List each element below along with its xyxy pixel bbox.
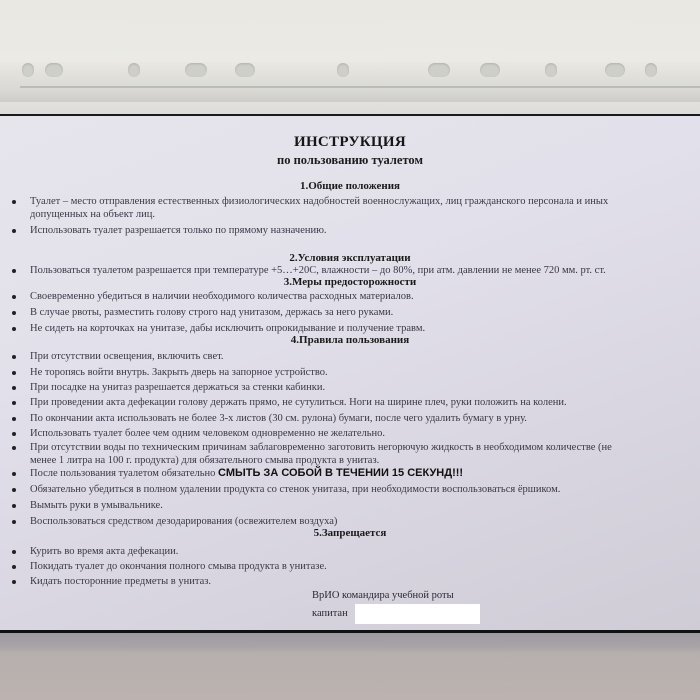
document-title: ИНСТРУКЦИЯ bbox=[0, 134, 700, 151]
item-text: При отсутствии воды по техническим причи… bbox=[30, 441, 612, 454]
punch-hole bbox=[235, 63, 255, 77]
bullet-icon bbox=[12, 386, 16, 390]
punch-hole bbox=[605, 63, 625, 77]
item-text: Использовать туалет более чем одним чело… bbox=[30, 427, 385, 440]
bullet-icon bbox=[12, 401, 16, 405]
section-heading: 4.Правила пользования bbox=[0, 334, 700, 346]
bullet-icon bbox=[12, 295, 16, 299]
bullet-icon bbox=[12, 472, 16, 476]
punch-hole bbox=[45, 63, 63, 77]
bullet-icon bbox=[12, 200, 16, 204]
signature-position: ВрИО командира учебной роты bbox=[312, 590, 454, 601]
bullet-icon bbox=[12, 417, 16, 421]
item-text: Кидать посторонние предметы в унитаз. bbox=[30, 575, 211, 588]
item-text: При проведении акта дефекации голову дер… bbox=[30, 396, 567, 409]
bullet-icon bbox=[12, 229, 16, 233]
item-text: По окончании акта использовать не более … bbox=[30, 412, 527, 425]
item-text: допущенных на объект лиц. bbox=[30, 208, 155, 221]
bullet-icon bbox=[12, 327, 16, 331]
item-text: При отсутствии освещения, включить свет. bbox=[30, 350, 224, 363]
item-text: Покидать туалет до окончания полного смы… bbox=[30, 560, 327, 573]
item-text: Использовать туалет разрешается только п… bbox=[30, 224, 327, 237]
bullet-icon bbox=[12, 580, 16, 584]
item-text: При посадке на унитаз разрешается держат… bbox=[30, 381, 325, 394]
section-heading: 5.Запрещается bbox=[0, 527, 700, 539]
item-text: Вымыть руки в умывальнике. bbox=[30, 499, 163, 512]
bullet-icon bbox=[12, 488, 16, 492]
item-text: Не торопясь войти внутрь. Закрыть дверь … bbox=[30, 366, 328, 379]
bullet-icon bbox=[12, 446, 16, 450]
bullet-icon bbox=[12, 432, 16, 436]
item-text: Обязательно убедиться в полном удалении … bbox=[30, 483, 560, 496]
punch-hole bbox=[428, 63, 450, 77]
bullet-icon bbox=[12, 371, 16, 375]
bullet-icon bbox=[12, 550, 16, 554]
document-subtitle: по пользованию туалетом bbox=[0, 153, 700, 168]
punch-hole bbox=[337, 63, 349, 77]
document-content: ИНСТРУКЦИЯ по пользованию туалетом 1.Общ… bbox=[0, 116, 700, 630]
punch-hole bbox=[545, 63, 557, 77]
bullet-icon bbox=[12, 311, 16, 315]
item-text: В случае рвоты, разместить голову строго… bbox=[30, 306, 393, 319]
bullet-icon bbox=[12, 565, 16, 569]
bullet-icon bbox=[12, 355, 16, 359]
item-text: Туалет – место отправления естественных … bbox=[30, 195, 608, 208]
emphasis-text: СМЫТЬ ЗА СОБОЙ В ТЕЧЕНИИ 15 СЕКУНД!!! bbox=[218, 467, 463, 479]
punch-hole bbox=[185, 63, 207, 77]
signature-rank: капитан bbox=[312, 608, 348, 619]
item-text: менее 1 литра на 100 г. продукта) для об… bbox=[30, 454, 379, 467]
bullet-icon bbox=[12, 504, 16, 508]
sleeve-perforation-strip bbox=[0, 62, 700, 102]
section-heading: 3.Меры предосторожности bbox=[0, 276, 700, 288]
punch-hole bbox=[645, 63, 657, 77]
item-text: Курить во время акта дефекации. bbox=[30, 545, 178, 558]
section-heading: 1.Общие положения bbox=[0, 180, 700, 192]
punch-hole bbox=[128, 63, 140, 77]
section-heading: 2.Условия эксплуатации bbox=[0, 252, 700, 264]
bullet-icon bbox=[12, 520, 16, 524]
bullet-icon bbox=[12, 269, 16, 273]
punch-hole bbox=[22, 63, 34, 77]
sleeve-edge bbox=[20, 86, 700, 88]
redacted-name bbox=[355, 604, 480, 624]
item-text: Своевременно убедиться в наличии необход… bbox=[30, 290, 414, 303]
item-text: После пользования туалетом обязательно С… bbox=[30, 467, 463, 480]
punch-hole bbox=[480, 63, 500, 77]
wall-background bbox=[0, 633, 700, 700]
